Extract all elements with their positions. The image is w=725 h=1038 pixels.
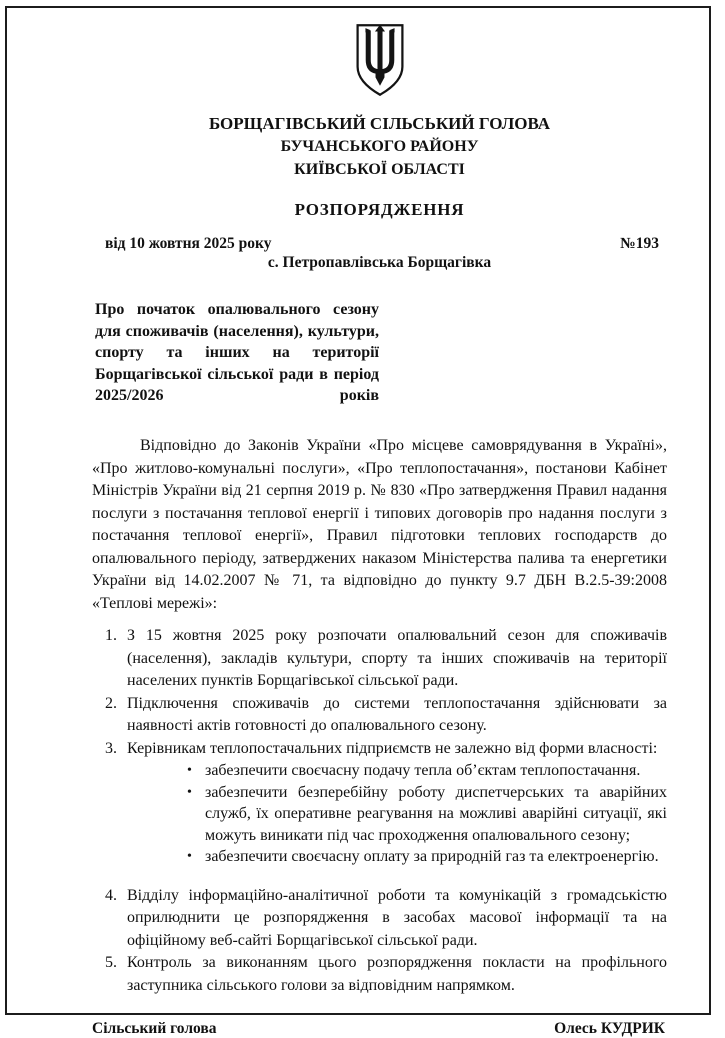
- emblem-container: [92, 22, 667, 103]
- ordered-items-list: 1. З 15 жовтня 2025 року розпочати опалю…: [92, 625, 667, 997]
- ukraine-trident-icon: [352, 85, 408, 102]
- item-text-lead: Керівникам теплопостачальних підприємств…: [127, 740, 657, 757]
- list-item-4: 4. Відділу інформаційно-аналітичної робо…: [92, 885, 667, 953]
- sub-bullets-list: • забезпечити своєчасну подачу тепла об’…: [183, 760, 667, 868]
- item-text: Відділу інформаційно-аналітичної роботи …: [127, 885, 667, 953]
- authority-district: БУЧАНСЬКОГО РАЙОНУ: [92, 135, 667, 158]
- item-number: 4.: [105, 885, 122, 953]
- document-number: №193: [620, 235, 659, 253]
- bullet-text: забезпечити своєчасну подачу тепла об’єк…: [205, 760, 667, 782]
- bullet-icon: •: [183, 760, 196, 782]
- document-page: БОРЩАГІВСЬКИЙ СІЛЬСЬКИЙ ГОЛОВА БУЧАНСЬКО…: [5, 6, 711, 1015]
- authority-name: БОРЩАГІВСЬКИЙ СІЛЬСЬКИЙ ГОЛОВА: [92, 112, 667, 135]
- intro-paragraph: Відповідно до Законів України «Про місце…: [92, 435, 667, 615]
- bullet-item-1: • забезпечити своєчасну подачу тепла об’…: [183, 760, 667, 782]
- item-number: 3.: [105, 738, 122, 868]
- list-item-2: 2. Підключення споживачів до системи теп…: [92, 693, 667, 738]
- item-text: Керівникам теплопостачальних підприємств…: [127, 738, 667, 868]
- bullet-icon: •: [183, 846, 196, 868]
- list-item-3: 3. Керівникам теплопостачальних підприєм…: [92, 738, 667, 868]
- bullet-text: забезпечити безперебійну роботу диспетче…: [205, 782, 667, 847]
- bullet-item-3: • забезпечити своєчасну оплату за природ…: [183, 846, 667, 868]
- authority-region: КИЇВСЬКОЇ ОБЛАСТІ: [92, 158, 667, 181]
- item-number: 1.: [105, 625, 122, 693]
- item-text: З 15 жовтня 2025 року розпочати опалювал…: [127, 625, 667, 693]
- item-number: 5.: [105, 952, 122, 997]
- document-date: від 10 жовтня 2025 року: [105, 235, 271, 253]
- list-item-1: 1. З 15 жовтня 2025 року розпочати опалю…: [92, 625, 667, 693]
- signatory-name: Олесь КУДРИК: [554, 1020, 665, 1024]
- bullet-item-2: • забезпечити безперебійну роботу диспет…: [183, 782, 667, 847]
- list-item-5: 5. Контроль за виконанням цього розпоряд…: [92, 952, 667, 997]
- bullet-icon: •: [183, 782, 196, 847]
- signature-row: Сільський голова Олесь КУДРИК: [92, 1020, 667, 1024]
- date-number-row: від 10 жовтня 2025 року №193: [92, 235, 667, 253]
- item-text: Підключення споживачів до системи теплоп…: [127, 693, 667, 738]
- document-subject: Про початок опалювального сезону для спо…: [95, 299, 379, 428]
- document-place: с. Петропавлівська Борщагівка: [92, 254, 667, 272]
- item-text: Контроль за виконанням цього розпоряджен…: [127, 952, 667, 997]
- issuing-authority: БОРЩАГІВСЬКИЙ СІЛЬСЬКИЙ ГОЛОВА БУЧАНСЬКО…: [92, 112, 667, 181]
- signatory-position: Сільський голова: [92, 1020, 217, 1024]
- bullet-text: забезпечити своєчасну оплату за природні…: [205, 846, 667, 868]
- document-type-heading: РОЗПОРЯДЖЕННЯ: [92, 200, 667, 220]
- item-number: 2.: [105, 693, 122, 738]
- document-content: БОРЩАГІВСЬКИЙ СІЛЬСЬКИЙ ГОЛОВА БУЧАНСЬКО…: [7, 8, 709, 1024]
